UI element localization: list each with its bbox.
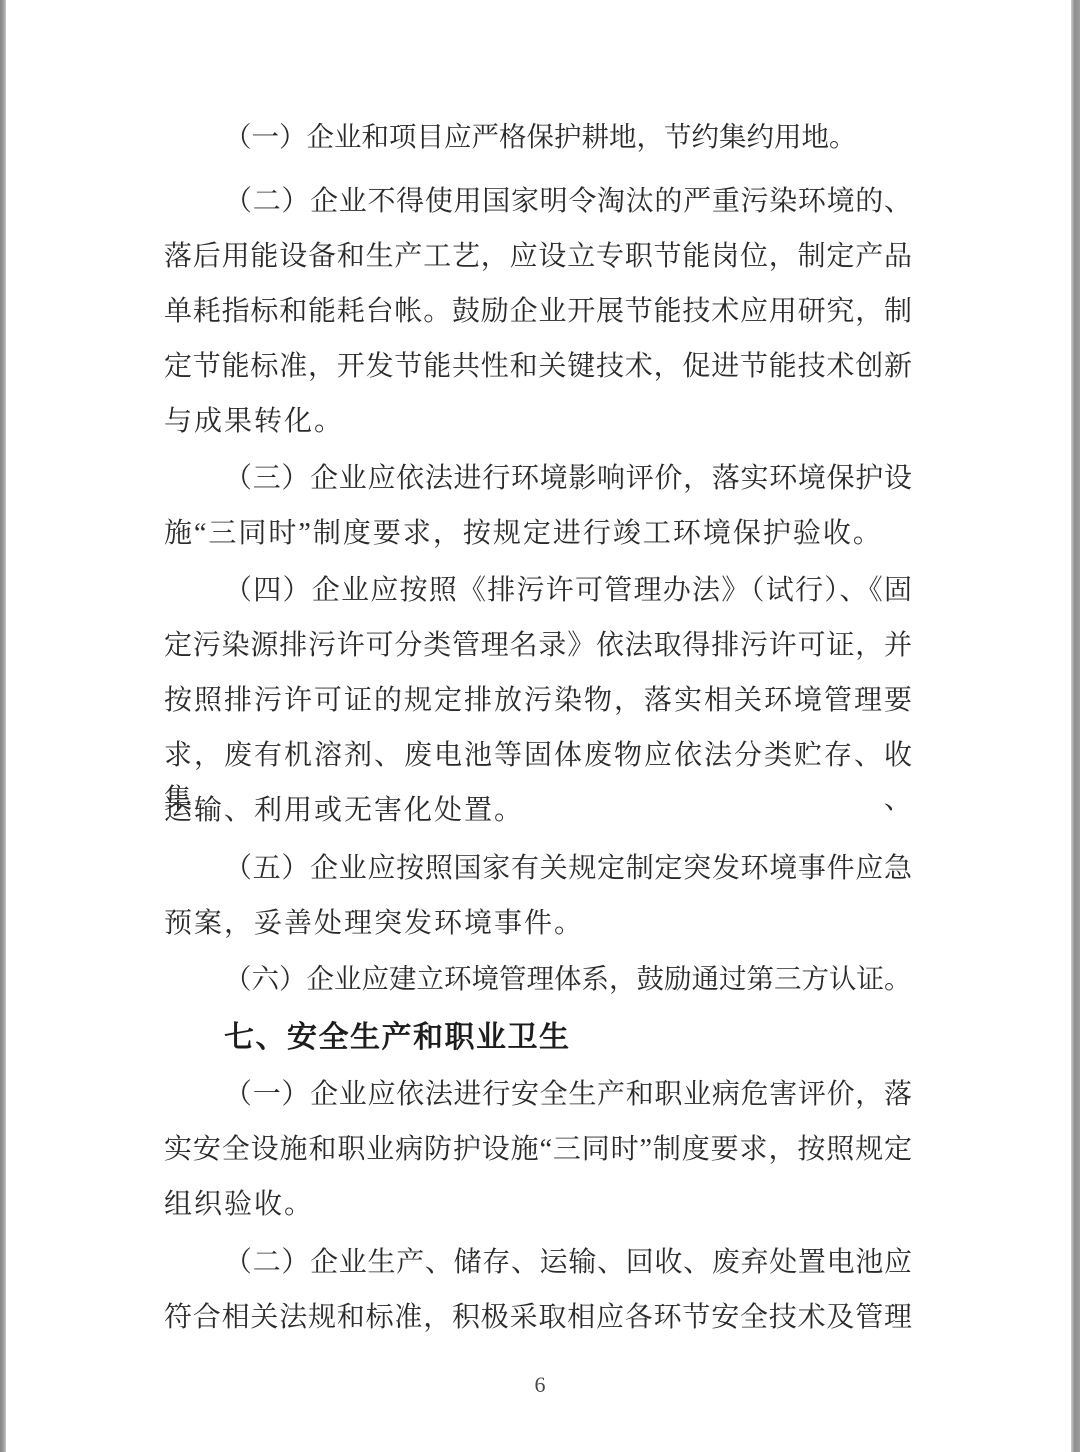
text-line: 实安全设施和职业病防护设施“三同时”制度要求，按照规定	[164, 1128, 912, 1176]
text-line: （二）企业不得使用国家明令淘汰的严重污染环境的、	[164, 180, 912, 228]
document-page: （一）企业和项目应严格保护耕地，节约集约用地。 （二）企业不得使用国家明令淘汰的…	[0, 0, 1080, 1452]
page-number: 6	[0, 1372, 1080, 1398]
text-line: 定污染源排污许可分类管理名录》依法取得排污许可证，并	[164, 624, 912, 672]
section-heading: 七、安全生产和职业卫生	[164, 1016, 912, 1064]
text-line: 按照排污许可证的规定排放污染物，落实相关环境管理要	[164, 679, 912, 727]
scan-edge-right	[1071, 0, 1080, 1452]
text-line: （一）企业应依法进行安全生产和职业病危害评价，落	[164, 1073, 912, 1121]
text-line: 预案，妥善处理突发环境事件。	[164, 902, 912, 950]
scan-edge-left	[0, 0, 6, 1452]
text-line: 落后用能设备和生产工艺，应设立专职节能岗位，制定产品	[164, 235, 912, 283]
text-line: 符合相关法规和标准，积极采取相应各环节安全技术及管理	[164, 1296, 912, 1344]
text-line: （三）企业应依法进行环境影响评价，落实环境保护设	[164, 457, 912, 505]
text-line: 求，废有机溶剂、废电池等固体废物应依法分类贮存、收集、	[164, 734, 912, 782]
text-line: （二）企业生产、储存、运输、回收、废弃处置电池应	[164, 1241, 912, 1289]
text-line: （六）企业应建立环境管理体系，鼓励通过第三方认证。	[164, 957, 912, 1005]
text-line: 定节能标准，开发节能共性和关键技术，促进节能技术创新	[164, 345, 912, 393]
text-line: 单耗指标和能耗台帐。鼓励企业开展节能技术应用研究，制	[164, 290, 912, 338]
text-line: （四）企业应按照《排污许可管理办法》（试行）、《固	[164, 569, 912, 617]
text-line: 与成果转化。	[164, 400, 912, 448]
text-line: （一）企业和项目应严格保护耕地，节约集约用地。	[164, 115, 912, 163]
text-line: 运输、利用或无害化处置。	[164, 789, 912, 837]
text-line: 组织验收。	[164, 1183, 912, 1231]
text-line: （五）企业应按照国家有关规定制定突发环境事件应急	[164, 847, 912, 895]
text-line: 施“三同时”制度要求，按规定进行竣工环境保护验收。	[164, 512, 912, 560]
